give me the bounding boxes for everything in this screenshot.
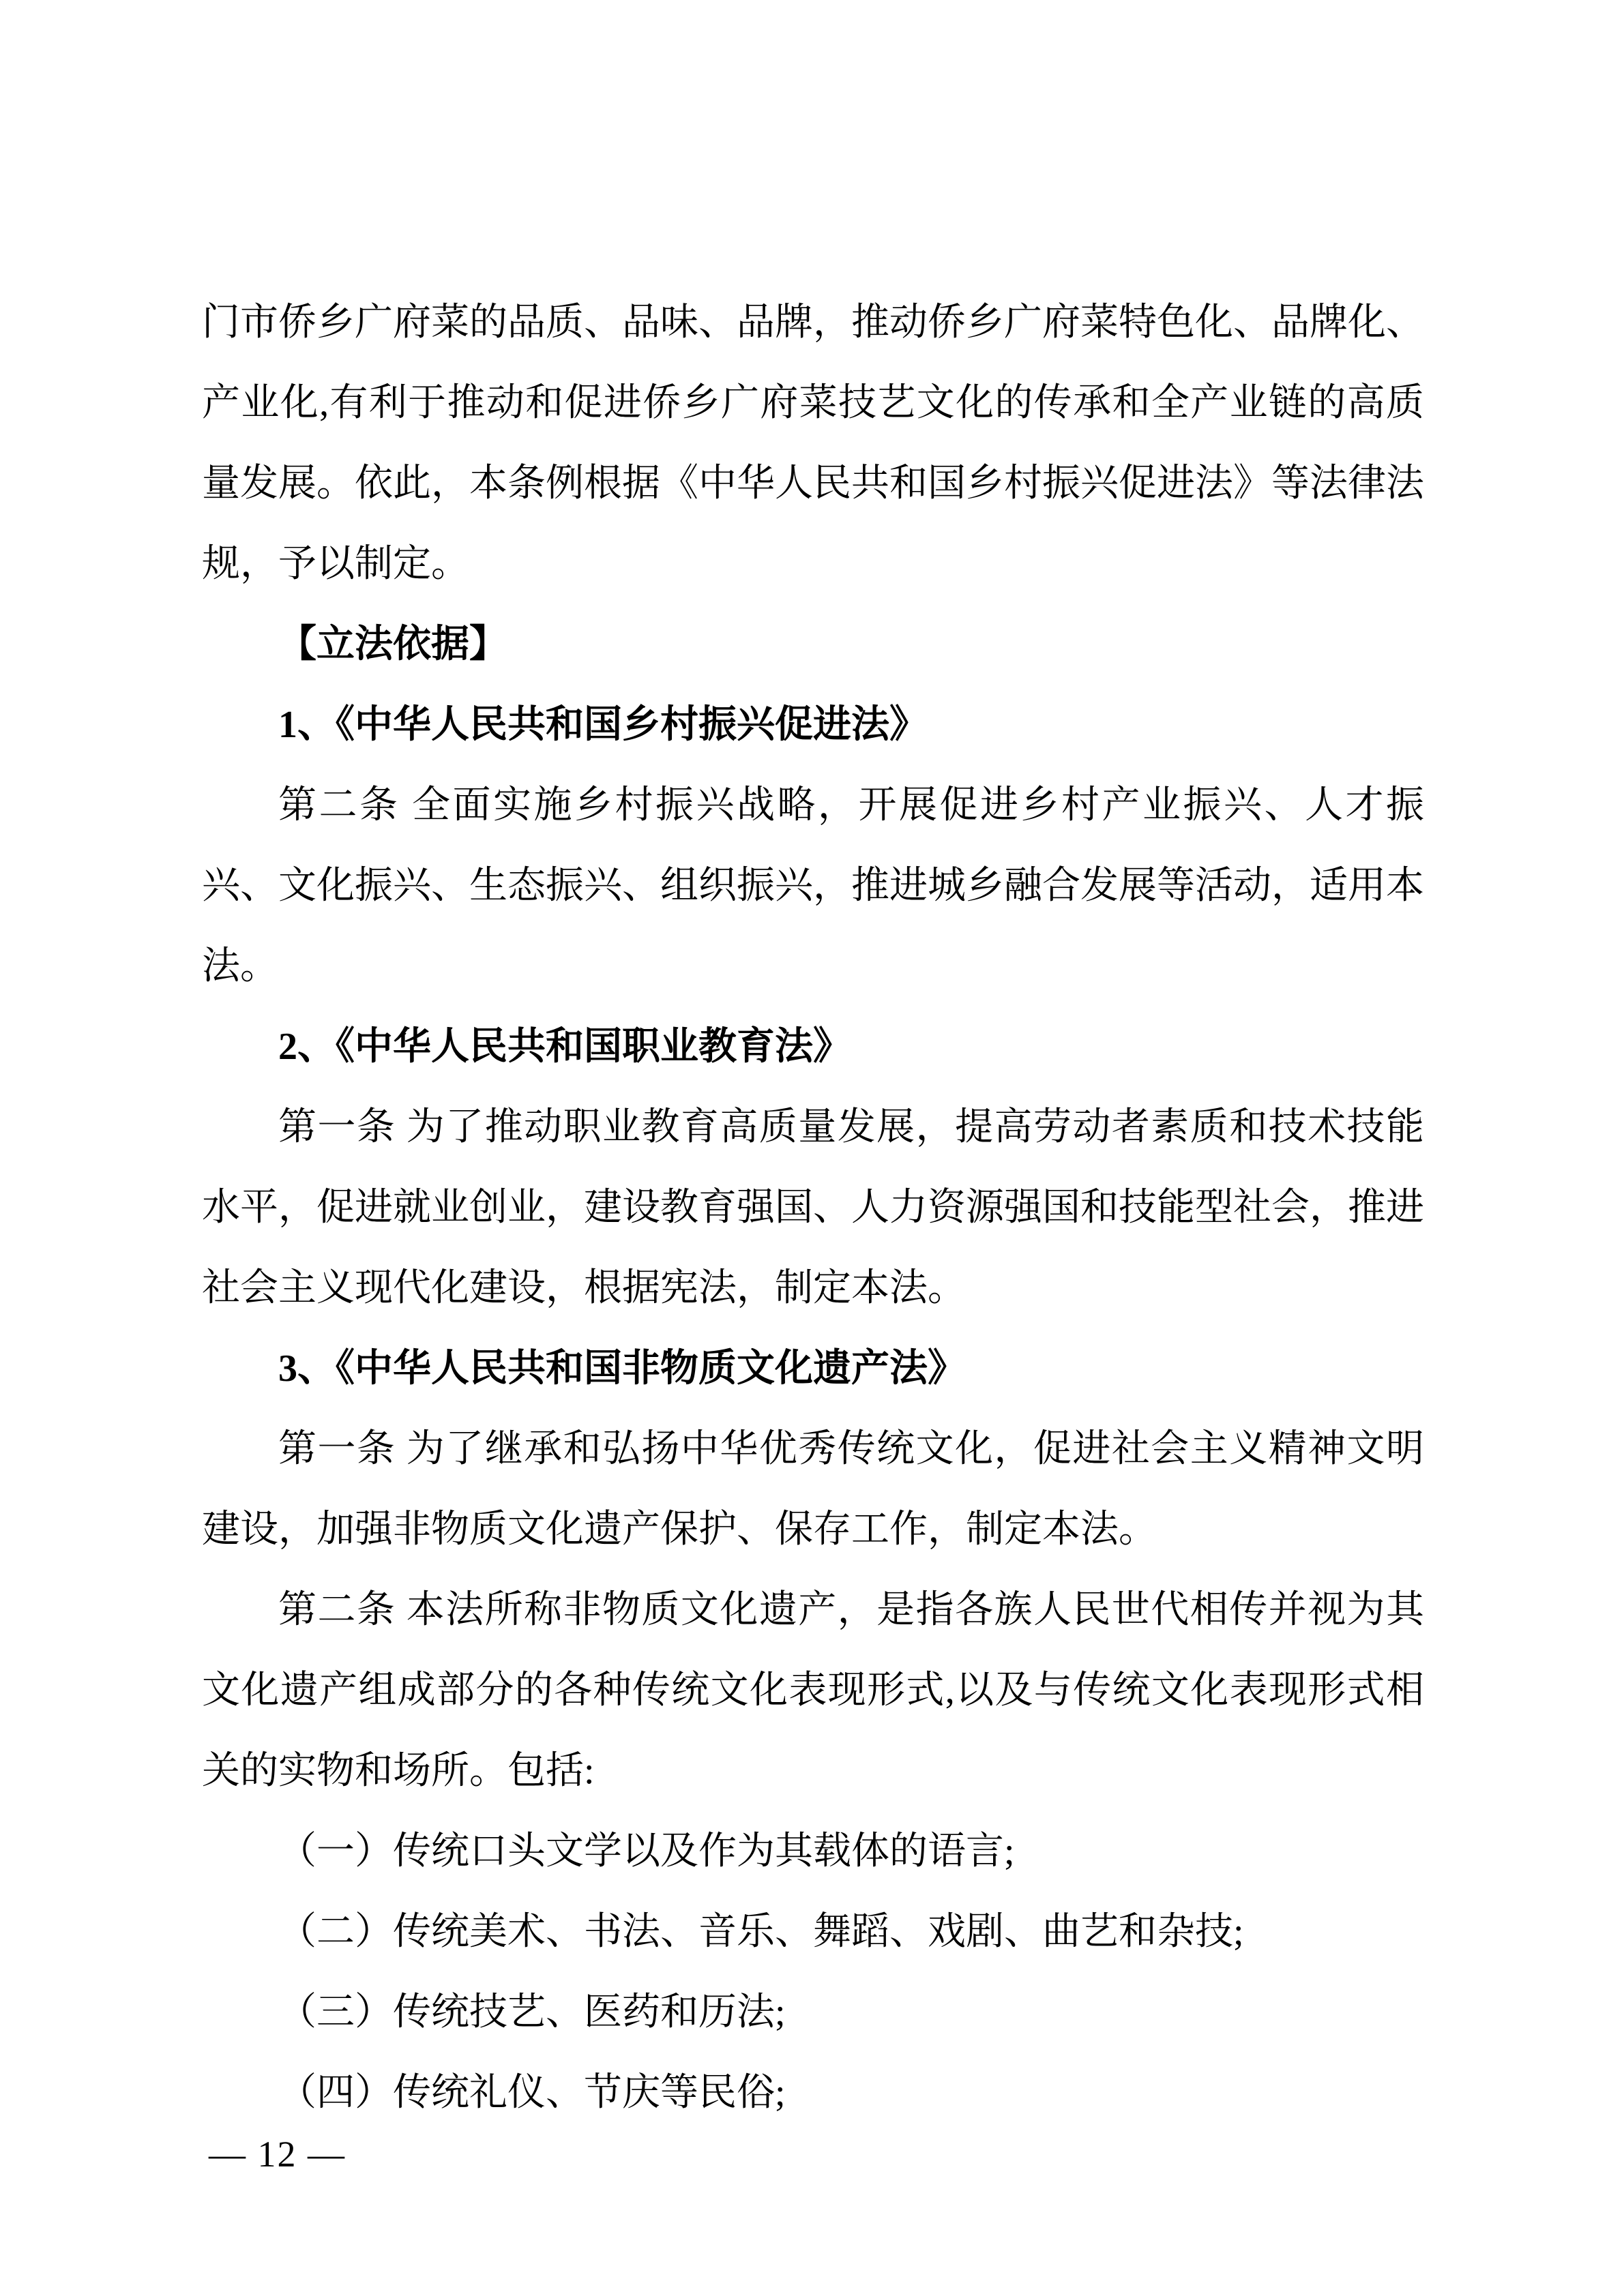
page-body: 门市侨乡广府菜的品质、品味、品牌，推动侨乡广府菜特色化、品牌化、产业化,有利于推… — [202, 282, 1424, 2133]
paragraph-law3-article1: 第一条 为了继承和弘扬中华优秀传统文化，促进社会主义精神文明建设，加强非物质文化… — [202, 1409, 1424, 1570]
paragraph-law3-article2: 第二条 本法所称非物质文化遗产，是指各族人民世代相传并视为其文化遗产组成部分的各… — [202, 1570, 1424, 1811]
heading-law-2: 2、《中华人民共和国职业教育法》 — [202, 1007, 1424, 1087]
heading-law-1: 1、《中华人民共和国乡村振兴促进法》 — [202, 685, 1424, 765]
heading-legislative-basis: 【立法依据】 — [202, 604, 1424, 685]
paragraph-law2-article1: 第一条 为了推动职业教育高质量发展，提高劳动者素质和技术技能水平，促进就业创业，… — [202, 1087, 1424, 1328]
list-item-1: （一）传统口头文学以及作为其载体的语言; — [202, 1811, 1424, 1892]
list-item-3: （三）传统技艺、医药和历法; — [202, 1972, 1424, 2053]
list-item-4: （四）传统礼仪、节庆等民俗; — [202, 2053, 1424, 2133]
paragraph-law1-article2: 第二条 全面实施乡村振兴战略，开展促进乡村产业振兴、人才振兴、文化振兴、生态振兴… — [202, 765, 1424, 1007]
heading-law-3: 3、《中华人民共和国非物质文化遗产法》 — [202, 1328, 1424, 1409]
document-page: 门市侨乡广府菜的品质、品味、品牌，推动侨乡广府菜特色化、品牌化、产业化,有利于推… — [0, 0, 1624, 2296]
list-item-2: （二）传统美术、书法、音乐、舞蹈、戏剧、曲艺和杂技; — [202, 1892, 1424, 1972]
page-number: — 12 — — [209, 2134, 346, 2175]
paragraph-continuation: 门市侨乡广府菜的品质、品味、品牌，推动侨乡广府菜特色化、品牌化、产业化,有利于推… — [202, 282, 1424, 604]
